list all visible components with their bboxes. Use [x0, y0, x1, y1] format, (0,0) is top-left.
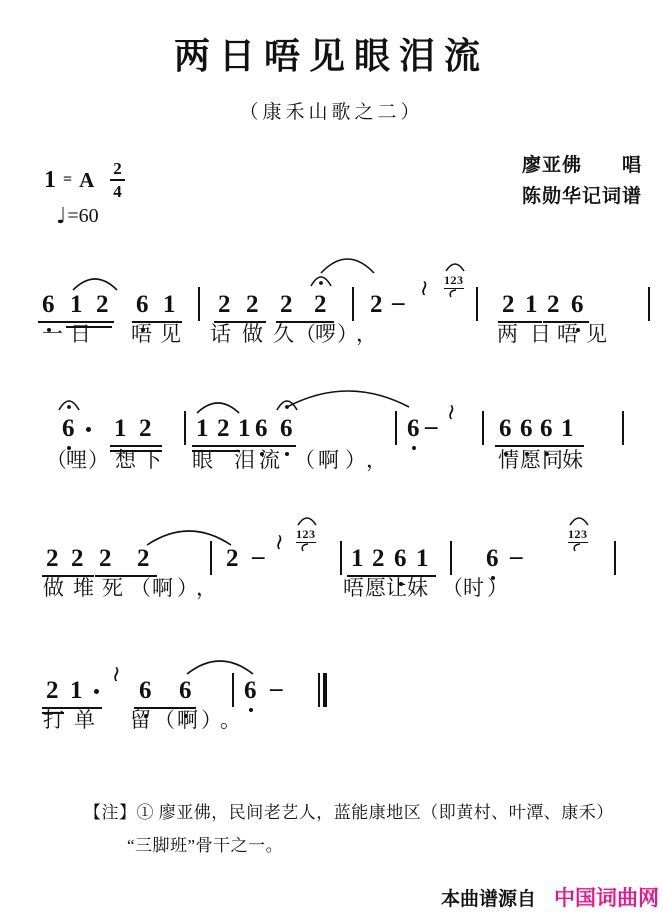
duration-dash: – [392, 290, 405, 315]
barline [482, 411, 484, 445]
lyric-char: 见 [160, 324, 181, 345]
lyric-char: 时 [463, 578, 484, 599]
duration-dash: – [425, 414, 438, 439]
lyric-char: 下 [141, 450, 162, 471]
barline [184, 411, 186, 445]
lyric-char: 啰 [315, 324, 336, 345]
note-digit: 2 [280, 292, 293, 317]
note-digit: 6 [407, 416, 420, 441]
lyric-char: （ [46, 450, 67, 471]
lyric-char: 做 [43, 578, 64, 599]
note-digit: 2 [226, 546, 239, 571]
note-digit: 6 [280, 416, 293, 441]
lyric-char: （ [294, 450, 315, 471]
note-digit: 2 [139, 416, 152, 441]
note-digit: 2 [246, 292, 259, 317]
grace-tail [300, 543, 310, 552]
lyric-char: 妹 [562, 450, 583, 471]
note-digit: 2 [547, 292, 560, 317]
lyric-char: ） [201, 710, 222, 731]
note-digit: 6 [499, 416, 512, 441]
grace-slur-arc [569, 517, 589, 526]
footnote-line-1: 【注】① 廖亚佛，民间老艺人，蓝能康地区（即黄村、叶潭、康禾） [84, 798, 614, 823]
barline [450, 541, 452, 575]
grace-slur-arc [297, 517, 317, 526]
lyric-char: ， [356, 324, 377, 345]
octave-dot-low [249, 708, 253, 712]
note-digit: 1 [416, 546, 429, 571]
note-digit: 6 [136, 292, 149, 317]
lyric-char: 唔 [343, 578, 364, 599]
lyric-char: 日 [530, 324, 551, 345]
barline [352, 287, 354, 321]
lyric-char: （ [442, 578, 463, 599]
final-barline-thick [323, 673, 327, 707]
lyric-char: 泪 [234, 450, 255, 471]
note-digit: 6 [139, 678, 152, 703]
slur-arc [146, 530, 232, 546]
breath-mark: ≀ [274, 532, 285, 555]
lyric-char: 愿 [365, 578, 386, 599]
lyric-char: 啊 [318, 450, 339, 471]
breath-mark: ≀ [446, 402, 457, 425]
note-digit: 1 [525, 292, 538, 317]
lyric-char: 。 [220, 710, 241, 731]
note-digit: 2 [71, 546, 84, 571]
lyric-char: 让 [386, 578, 407, 599]
lyric-char: 见 [586, 324, 607, 345]
footer-site: 中国词曲网 [554, 882, 659, 912]
note-digit: 6 [42, 292, 55, 317]
duration-dash: – [270, 676, 283, 701]
lyric-char: 情 [498, 450, 519, 471]
note-digit: 2 [314, 292, 327, 317]
lyric-char: （ [154, 710, 175, 731]
note-digit: 6 [571, 292, 584, 317]
grace-slur-arc [445, 263, 465, 272]
slur-arc [72, 278, 118, 291]
source-watermark: 本曲谱源自 中国词曲网 [441, 882, 659, 912]
note-digit: 1 [70, 678, 83, 703]
note-digit: 6 [520, 416, 533, 441]
note-digit: 2 [137, 546, 150, 571]
lyric-char: 想 [115, 450, 136, 471]
fermata [276, 400, 298, 411]
barline [395, 411, 397, 445]
note-digit: 6 [179, 678, 192, 703]
lyric-char: 两 [497, 324, 518, 345]
note-digit: 1 [114, 416, 127, 441]
breath-mark: ≀ [111, 664, 122, 687]
lyric-char: 啊 [152, 578, 173, 599]
augmentation-dot [94, 689, 99, 694]
beam-underline [110, 445, 162, 447]
augmentation-dot [86, 427, 91, 432]
slur-arc [196, 402, 240, 414]
note-digit: 2 [502, 292, 515, 317]
lyric-char: ） [88, 450, 109, 471]
barline [622, 411, 624, 445]
note-digit: 6 [486, 546, 499, 571]
fermata [310, 276, 332, 287]
footnote-line-2: “三脚班”骨干之一。 [127, 831, 283, 856]
grace-notes: 123 [296, 528, 316, 543]
lyric-char: 唔 [131, 324, 152, 345]
note-digit: 2 [370, 292, 383, 317]
grace-tail [572, 543, 582, 552]
lyric-char: ） [345, 450, 366, 471]
lyric-char: 打 [43, 710, 64, 731]
barline [476, 287, 478, 321]
barline [340, 541, 342, 575]
slur-arc [320, 258, 375, 274]
lyric-char: 做 [242, 324, 263, 345]
note-digit: 2 [217, 416, 230, 441]
note-digit: 2 [46, 678, 59, 703]
lyric-char: 妹 [407, 578, 428, 599]
lyric-char: 眼 [192, 450, 213, 471]
duration-dash: – [510, 544, 523, 569]
lyric-char: ） [337, 324, 358, 345]
lyric-char: 流 [259, 450, 280, 471]
note-digit: 2 [96, 292, 109, 317]
lyric-char: ， [196, 578, 217, 599]
note-digit: 1 [561, 416, 574, 441]
note-digit: 1 [163, 292, 176, 317]
lyric-char: 久 [273, 324, 294, 345]
note-digit: 2 [218, 292, 231, 317]
octave-dot-low [412, 446, 416, 450]
note-digit: 1 [238, 416, 251, 441]
barline [198, 287, 200, 321]
note-digit: 6 [394, 546, 407, 571]
lyric-char: 啊 [177, 710, 198, 731]
grace-tail [448, 289, 458, 298]
barline [210, 541, 212, 575]
barline [648, 287, 650, 321]
beam-underline [536, 445, 584, 447]
barline [614, 541, 616, 575]
slur-arc [186, 660, 254, 675]
beam-underline [192, 445, 296, 447]
lyric-char: 留 [130, 710, 151, 731]
sheet-music-page: 两日唔见眼泪流 （康禾山歌之二） 1 = A 2 4 ♩ =60 廖亚佛 唱 陈… [0, 0, 663, 913]
note-digit: 6 [255, 416, 268, 441]
note-digit: 6 [244, 678, 257, 703]
lyric-char: 堆 [73, 578, 94, 599]
octave-dot-low [285, 452, 289, 456]
lyric-char: 唔 [557, 324, 578, 345]
lyric-char: （ [130, 578, 151, 599]
breath-mark: ≀ [419, 278, 430, 301]
note-digit: 1 [351, 546, 364, 571]
score: 6126122222–≀1232126一日唔见话做久（啰），两日唔见612121… [0, 0, 663, 913]
lyric-char: 一 [42, 324, 63, 345]
note-digit: 2 [372, 546, 385, 571]
note-digit: 6 [540, 416, 553, 441]
note-digit: 1 [196, 416, 209, 441]
lyric-char: 哩 [66, 450, 87, 471]
slur-arc [286, 390, 410, 408]
grace-notes: 123 [444, 274, 464, 289]
lyric-char: 愿 [520, 450, 541, 471]
lyric-char: 同 [542, 450, 563, 471]
grace-notes: 123 [568, 528, 588, 543]
note-digit: 2 [99, 546, 112, 571]
barline [232, 673, 234, 707]
lyric-char: 死 [102, 578, 123, 599]
lyric-char: ） [177, 578, 198, 599]
lyric-char: 单 [74, 710, 95, 731]
lyric-char: ） [487, 578, 508, 599]
lyric-char: ， [366, 450, 387, 471]
source-prefix: 本曲谱源自 [441, 884, 536, 911]
fermata [58, 400, 80, 411]
lyric-char: 话 [210, 324, 231, 345]
final-barline-thin [318, 673, 320, 707]
duration-dash: – [252, 544, 265, 569]
note-digit: 1 [70, 292, 83, 317]
note-digit: 6 [62, 416, 75, 441]
lyric-char: （ [295, 324, 316, 345]
lyric-char: 日 [70, 324, 91, 345]
note-digit: 2 [46, 546, 59, 571]
